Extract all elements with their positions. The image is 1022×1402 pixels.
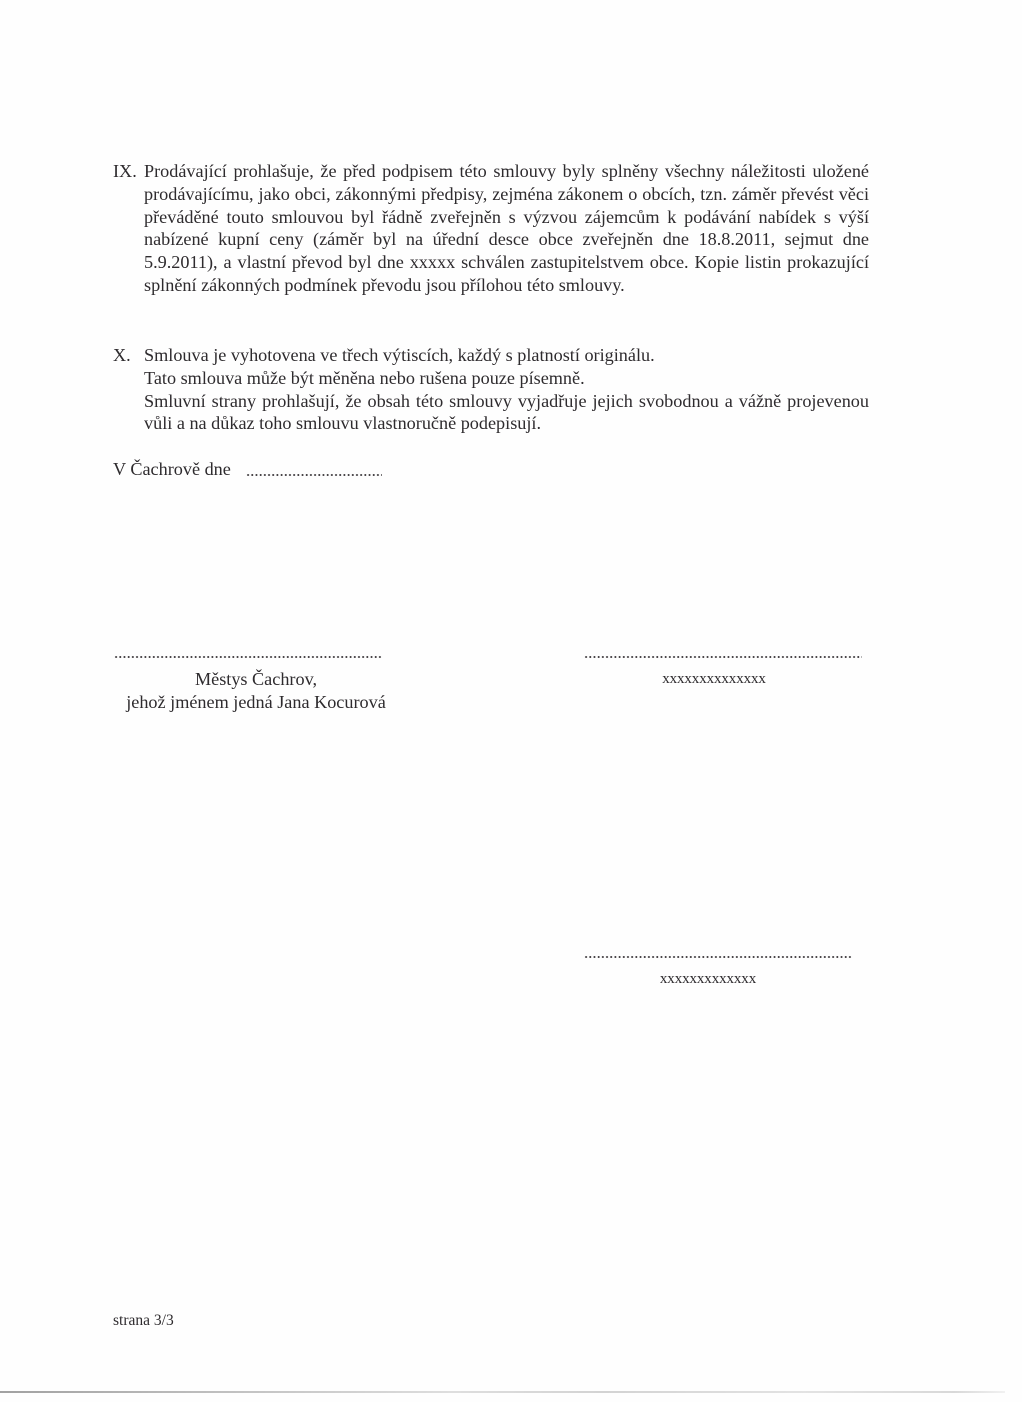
signature-block-right-2: xxxxxxxxxxxxx (584, 968, 832, 991)
signatory-name-redacted: xxxxxxxxxxxxxx (584, 668, 844, 691)
signatory-name-redacted: xxxxxxxxxxxxx (584, 968, 832, 991)
section-line: Tato smlouva může být měněna nebo rušena… (144, 367, 869, 390)
signature-block-right-1: xxxxxxxxxxxxxx (584, 668, 844, 691)
section-paragraph: Smluvní strany prohlašují, že obsah této… (144, 390, 869, 436)
signatory-representative: jehož jménem jedná Jana Kocurová (106, 691, 406, 714)
section-body: Smlouva je vyhotovena ve třech výtiscích… (144, 344, 869, 435)
place-date-label: V Čachrově dne (113, 458, 231, 480)
section-text: Prodávající prohlašuje, že před podpisem… (144, 160, 869, 297)
signature-line-right-2 (584, 956, 852, 958)
signature-line-right-1 (584, 656, 862, 658)
section-number: X. (113, 344, 131, 367)
document-page: IX. Prodávající prohlašuje, že před podp… (0, 0, 1022, 1402)
section-number: IX. (113, 160, 137, 183)
scan-edge-line (0, 1391, 1005, 1393)
section-ix: IX. Prodávající prohlašuje, že před podp… (113, 160, 869, 297)
section-x: X. Smlouva je vyhotovena ve třech výtisc… (113, 344, 869, 435)
section-line: Smlouva je vyhotovena ve třech výtiscích… (144, 344, 869, 367)
page-number: strana 3/3 (113, 1312, 174, 1330)
date-fill-in-line (246, 474, 382, 476)
signatory-name: Městys Čachrov, (106, 668, 406, 691)
signature-line-left (114, 656, 382, 658)
signature-block-left: Městys Čachrov, jehož jménem jedná Jana … (106, 668, 406, 713)
